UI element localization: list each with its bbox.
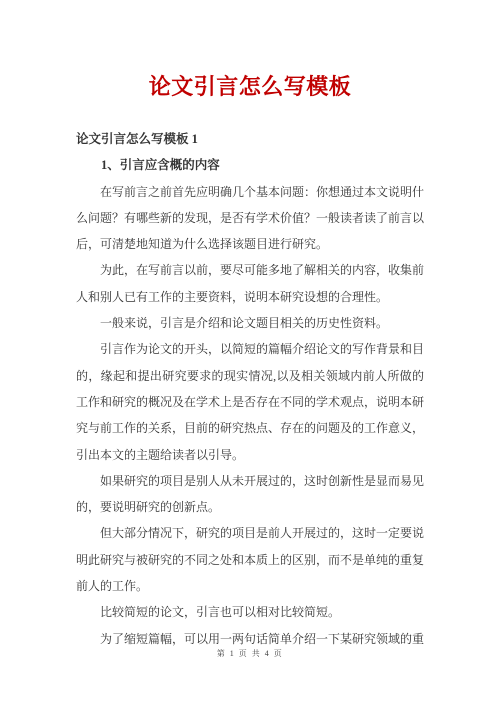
document-content: 论文引言怎么写模板 论文引言怎么写模板 1 1、引言应含概的内容 在写前言之前首… [0,0,500,652]
document-title: 论文引言怎么写模板 [76,72,424,102]
paragraph: 但大部分情况下，研究的项目是前人开展过的，这时一定要说明此研究与被研究的不同之处… [76,520,424,599]
paragraph: 一般来说，引言是介绍和论文题目相关的历史性资料。 [76,310,424,336]
paragraph: 如果研究的项目是别人从未开展过的，这时创新性是显而易见的，要说明研究的创新点。 [76,468,424,521]
paragraph: 为此，在写前言以前，要尽可能多地了解相关的内容，收集前人和别人已有工作的主要资料… [76,257,424,310]
document-body: 论文引言怎么写模板 1 1、引言应含概的内容 在写前言之前首先应明确几个基本问题… [76,126,424,652]
section-heading: 论文引言怎么写模板 1 [76,126,424,152]
paragraph: 在写前言之前首先应明确几个基本问题：你想通过本文说明什么问题？有哪些新的发现，是… [76,179,424,258]
paragraph: 引言作为论文的开头，以简短的篇幅介绍论文的写作背景和目的，缘起和提出研究要求的现… [76,336,424,467]
page-number-footer: 第 1 页 共 4 页 [0,648,500,659]
numbered-subheading: 1、引言应含概的内容 [76,152,424,178]
document-page: 论文引言怎么写模板 论文引言怎么写模板 1 1、引言应含概的内容 在写前言之前首… [0,0,500,707]
paragraph: 比较简短的论文，引言也可以相对比较简短。 [76,599,424,625]
